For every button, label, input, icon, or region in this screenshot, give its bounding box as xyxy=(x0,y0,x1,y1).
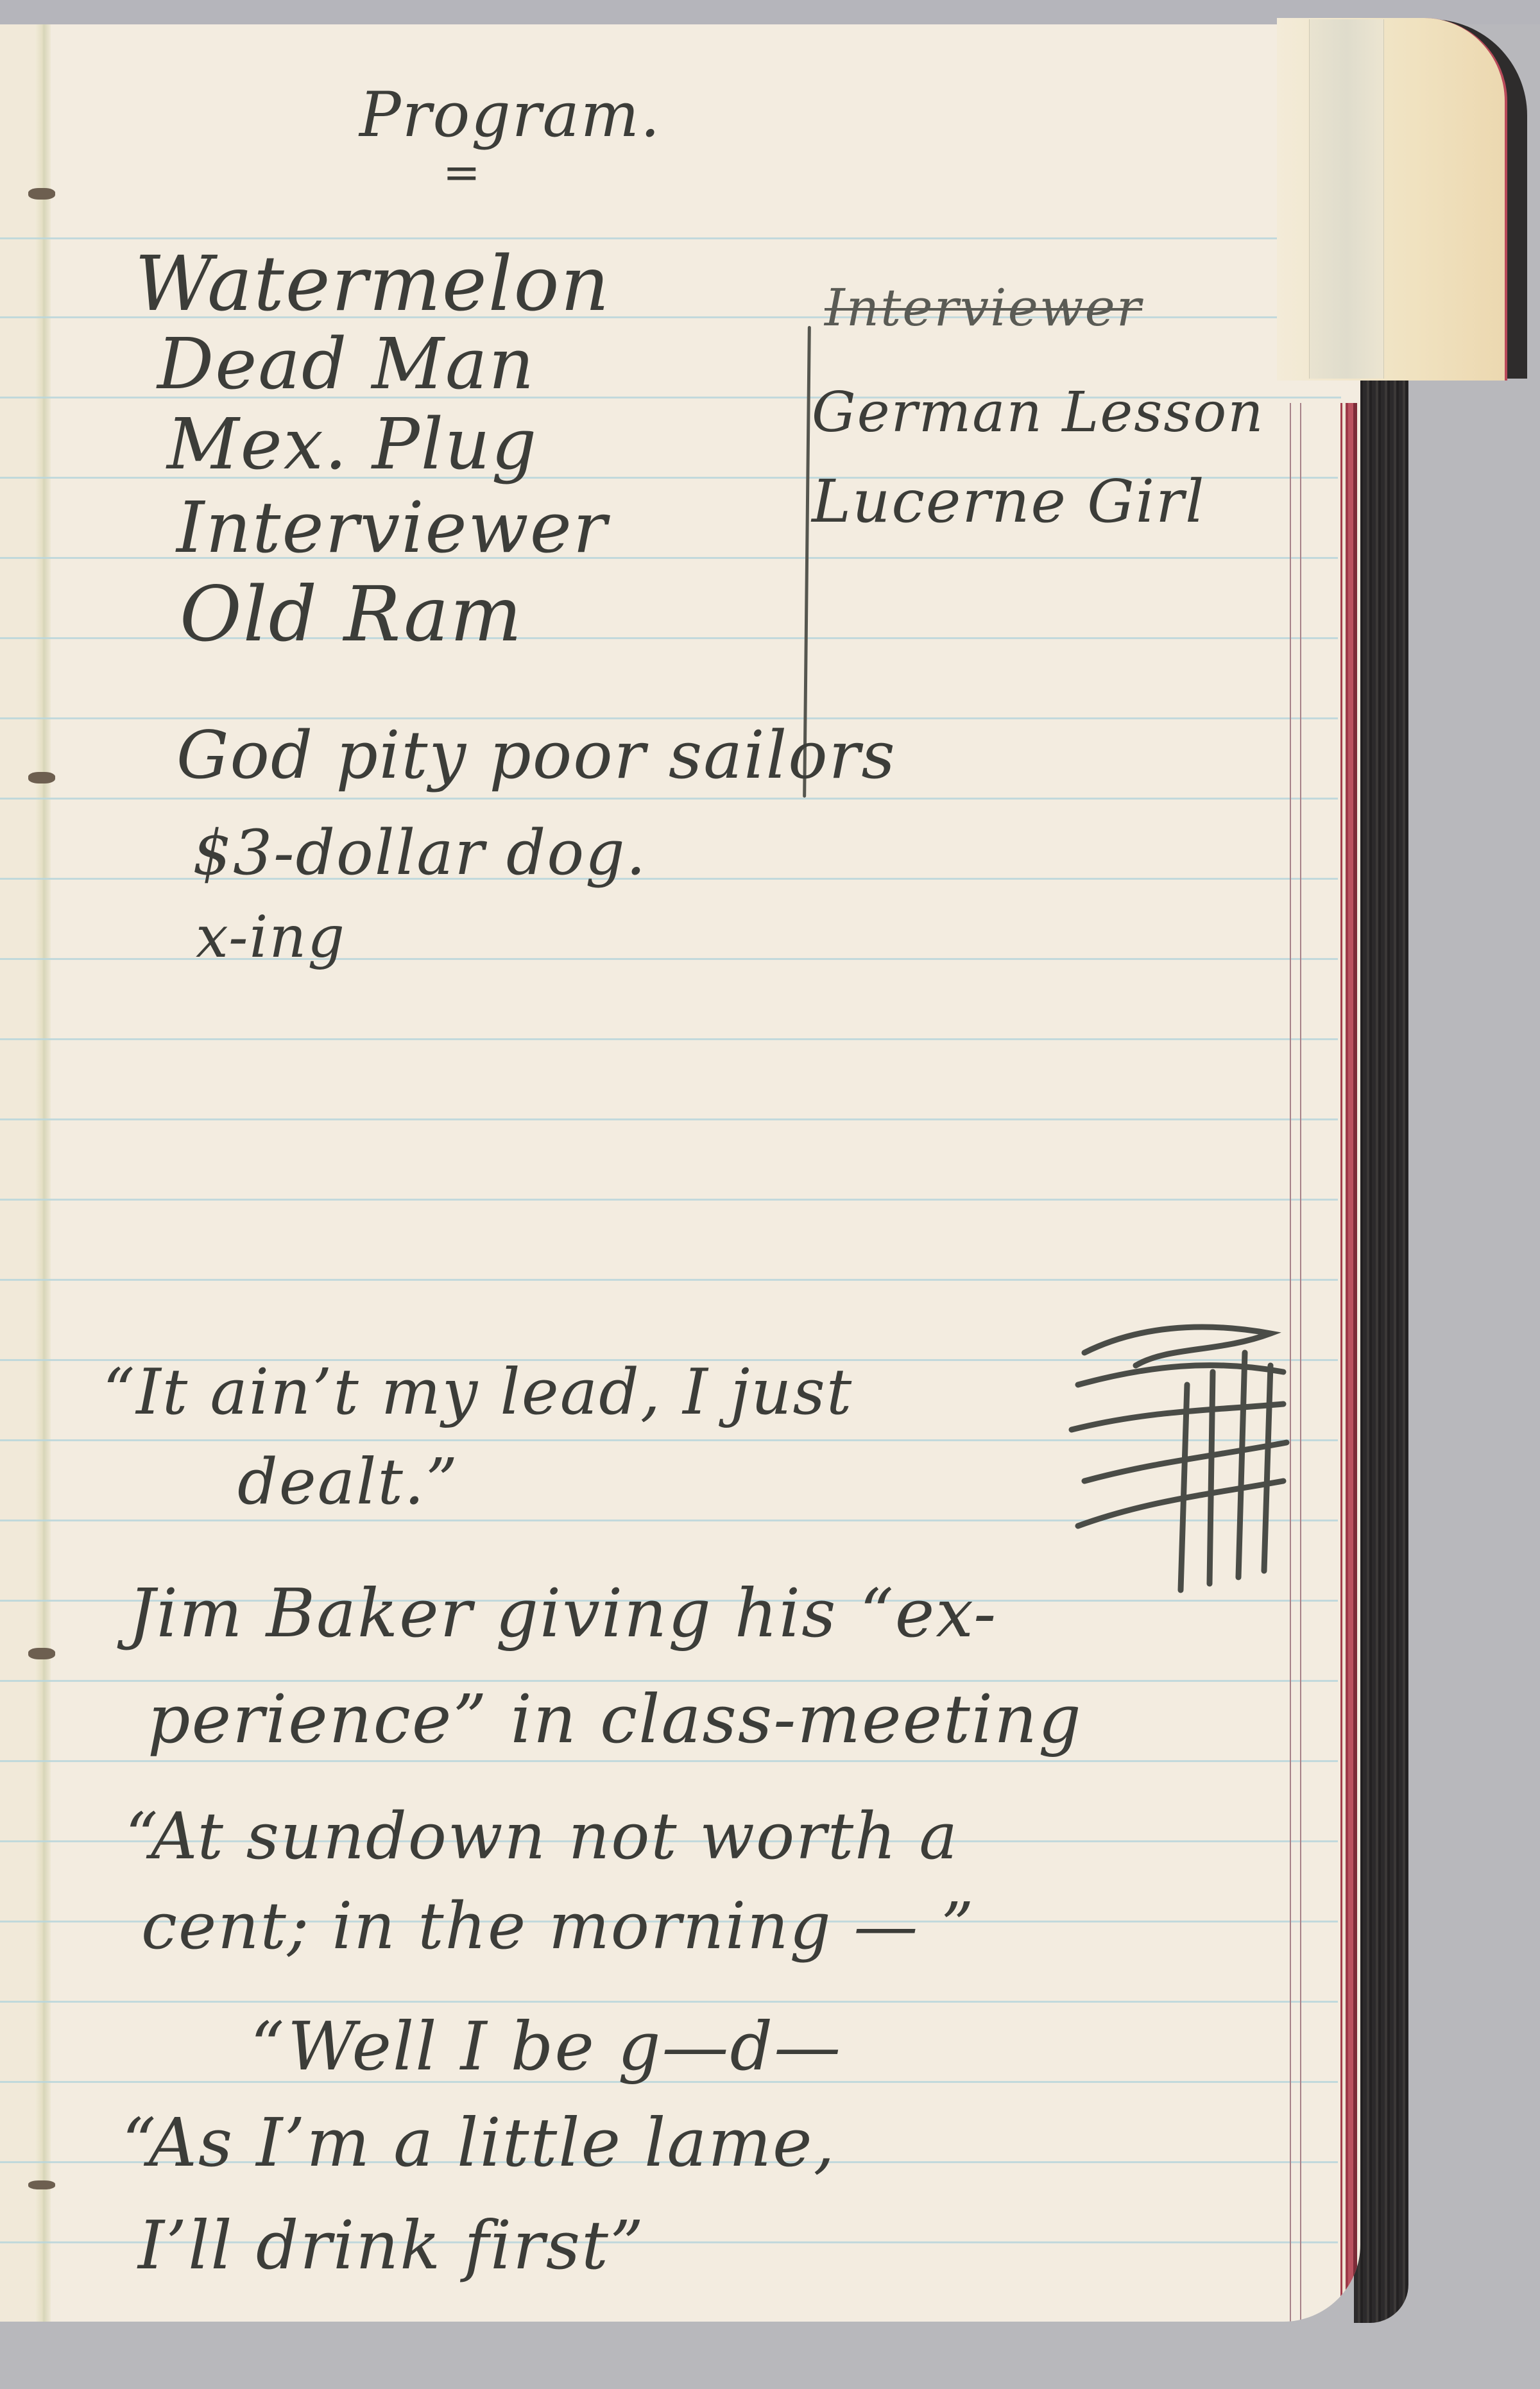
program-item: God pity poor sailors xyxy=(176,717,896,794)
facing-page-edge xyxy=(0,24,35,2322)
note-line: cent; in the morning — ” xyxy=(141,1888,975,1964)
program-item: x-ing xyxy=(196,903,346,971)
binding-stitch-icon xyxy=(28,772,55,783)
ruled-line xyxy=(0,2001,1341,2003)
note-line: dealt.” xyxy=(237,1446,459,1519)
note-line: perience” in class-meeting xyxy=(148,1680,1082,1758)
ruled-line xyxy=(0,798,1341,800)
ruled-line xyxy=(0,1038,1341,1040)
program-item: Watermelon xyxy=(135,239,611,328)
program-item: Lucerne Girl xyxy=(812,467,1206,536)
binding-stitch-icon xyxy=(28,2180,55,2189)
program-item: Dead Man xyxy=(157,323,535,405)
note-line: “As I’m a little lame, xyxy=(122,2103,836,2182)
note-line: “At sundown not worth a xyxy=(125,1799,959,1874)
scribble-mark-icon xyxy=(1059,1314,1303,1597)
notebook-cover-edge xyxy=(1354,359,1408,2323)
program-item: Old Ram xyxy=(180,570,523,658)
heading-underline: = xyxy=(443,146,482,199)
program-item: $3-dollar dog. xyxy=(193,817,647,889)
ruled-line xyxy=(0,1760,1341,1762)
note-line: “Well I be g—d— xyxy=(250,2007,842,2085)
binding-stitch-icon xyxy=(28,1648,55,1659)
program-item: Interviewer xyxy=(176,486,608,569)
page-edges xyxy=(1338,403,1357,2322)
page-heading: Program. xyxy=(359,79,661,151)
note-line: I’ll drink first” xyxy=(138,2206,645,2284)
ruled-line xyxy=(0,1118,1341,1120)
page-gutter xyxy=(35,24,51,2322)
torn-tab-fold xyxy=(1309,19,1384,379)
note-line: “It ain’t my lead, I just xyxy=(103,1356,853,1429)
binding-stitch-icon xyxy=(28,188,55,200)
struck-program-item: Interviewer xyxy=(825,278,1142,338)
notebook-page: Program. = Watermelon Dead Man Mex. Plug… xyxy=(0,24,1360,2322)
program-item: German Lesson xyxy=(812,381,1265,445)
ruled-line xyxy=(0,1199,1341,1201)
ruled-line xyxy=(0,1279,1341,1281)
note-line: Jim Baker giving his “ex- xyxy=(128,1574,997,1652)
program-item: Mex. Plug xyxy=(167,403,538,485)
